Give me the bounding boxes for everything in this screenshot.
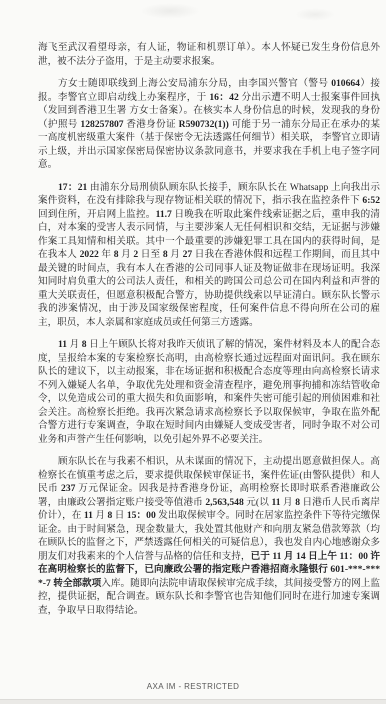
text-run: 月	[67, 339, 82, 350]
paragraph: 17：21 由浦东分局刑侦队顾东队长接手，顾东队长在 Whatsapp 上向我出…	[38, 181, 380, 330]
scan-artifact	[140, 3, 200, 19]
document-body: 海飞至武汉看望母亲，有人证，物证和机票订单）。本人怀疑已发生身份信息外泄，被不法…	[38, 41, 380, 626]
page-bottom-edge	[0, 699, 386, 704]
document-page: 海飞至武汉看望母亲，有人证，物证和机票订单）。本人怀疑已发生身份信息外泄，被不法…	[0, 0, 386, 704]
text-run-bold: 2,563,548	[205, 497, 243, 508]
text-run: 日我在香港休假和远程工作期间，而且其中最关键的时间点，我有本人在香港的公司同事人…	[38, 249, 380, 328]
paragraph: 方女士随即联线到上海公安局浦东分局，由李国兴警官（警号 010664）接报。李警…	[38, 77, 380, 172]
paragraph: 顾东队长在与我素不相识，从未谋面的情况下，主动提出愿意做担保人。高检察长在慎重考…	[38, 455, 380, 617]
text-run-bold: 15：00	[127, 510, 156, 521]
text-run-bold: 27	[183, 249, 193, 260]
text-run: 日	[112, 510, 127, 521]
text-run: 海飞至武汉看望母亲，有人证，物证和机票订单）。本人怀疑已发生身份信息外泄，被不法…	[38, 42, 380, 67]
text-run-bold: 11	[58, 339, 67, 350]
text-run-bold: 010664	[331, 78, 360, 89]
text-run-bold: 17：21	[58, 182, 87, 193]
text-run: 香港身份证	[124, 119, 179, 130]
text-run: 方女士随即联线到上海公安局浦东分局，由李国兴警官（警号	[58, 78, 331, 89]
text-run: 年	[99, 249, 114, 260]
text-run: 月	[281, 497, 296, 508]
text-run: 元(以	[244, 497, 272, 508]
paragraph: 11 月 8 日上午顾队长将对我昨天侦讯了解的情况，案件材料及本人的配合态度，呈…	[38, 338, 380, 446]
text-run-bold: 237	[61, 483, 75, 494]
text-run: 月	[168, 249, 183, 260]
scan-artifact	[295, 8, 335, 21]
text-run-bold: 11	[84, 510, 93, 521]
text-run-bold: 2022	[80, 249, 99, 260]
text-run-bold: 128257807	[80, 119, 123, 130]
text-run: 日至	[138, 249, 163, 260]
text-run: 日上午顾队长将对我昨天侦讯了解的情况，案件材料及本人的配合态度，呈报给本案的专案…	[38, 339, 380, 445]
text-run-bold: 11.7	[156, 209, 172, 220]
text-run: 由浦东分局刑侦队顾东队长接手，顾东队长在 Whatsapp 上向我出示案件资料，…	[38, 182, 380, 207]
text-run: 月	[119, 249, 134, 260]
text-run-bold: 11	[271, 497, 280, 508]
paragraph: 海飞至武汉看望母亲，有人证，物证和机票订单）。本人怀疑已发生身份信息外泄，被不法…	[38, 41, 380, 68]
text-run-bold: R590732(1))	[179, 119, 229, 130]
text-run-bold: 6:52	[362, 195, 380, 206]
text-run-bold: 16：42	[209, 92, 238, 103]
text-run: 月	[93, 510, 108, 521]
footer-classification-label: AXA IM - RESTRICTED	[0, 682, 386, 691]
text-run: 回到住所，开启网上监控。	[38, 209, 156, 220]
